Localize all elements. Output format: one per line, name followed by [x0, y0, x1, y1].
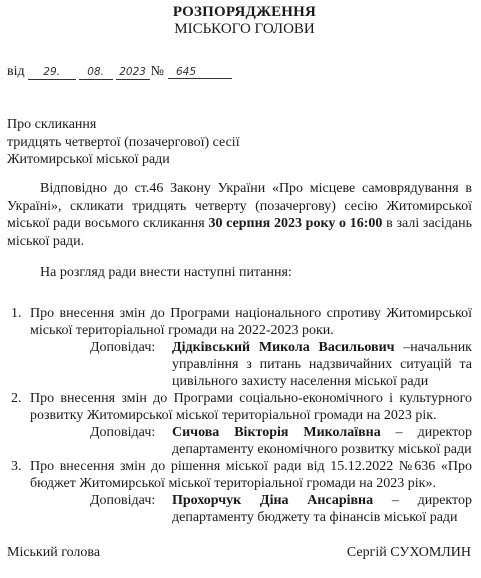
handwritten-year: 2023	[116, 65, 150, 80]
item-number: 2.	[11, 390, 22, 407]
subject-line: Житомирської міської ради	[7, 151, 240, 169]
main-paragraph: Відповідно до ст.46 Закону України «Про …	[7, 180, 472, 250]
subject-block: Про скликання тридцять четвертої (позаче…	[7, 116, 240, 169]
signatory-name: Сергій СУХОМЛИН	[347, 545, 471, 561]
speaker-block: Доповідач: Сичова Вікторія Миколаївна – …	[7, 424, 472, 458]
document-title: РОЗПОРЯДЖЕННЯ	[0, 4, 481, 21]
agenda-item: 2. Про внесення змін до Програми соціаль…	[7, 390, 472, 424]
speaker-name: Прохорчук Діна Ансарівна	[172, 493, 373, 508]
item-number: 3.	[11, 458, 22, 475]
item-text: Про внесення змін до рішення міської рад…	[30, 459, 472, 491]
speaker-block: Доповідач: Прохорчук Діна Ансарівна – ди…	[7, 492, 472, 526]
handwritten-month: 08.	[79, 65, 113, 80]
speaker-block: Доповідач: Дідківський Микола Васильович…	[7, 339, 472, 390]
agenda-intro: На розгляд ради внести наступні питання:	[7, 264, 472, 282]
agenda-item: 3. Про внесення змін до рішення міської …	[7, 458, 472, 492]
from-label: від	[7, 64, 25, 80]
speaker-label: Доповідач:	[90, 339, 155, 356]
handwritten-day: 29.	[28, 65, 76, 80]
agenda-item: 1. Про внесення змін до Програми націона…	[7, 305, 472, 339]
subject-line: Про скликання	[7, 116, 240, 134]
agenda-list: 1. Про внесення змін до Програми націона…	[7, 305, 472, 526]
item-number: 1.	[11, 305, 22, 322]
speaker-label: Доповідач:	[90, 492, 155, 509]
item-text: Про внесення змін до Програми соціально-…	[30, 391, 472, 423]
document-subtitle: МІСЬКОГО ГОЛОВИ	[0, 21, 481, 38]
signatory-position: Міський голова	[7, 545, 100, 561]
number-label: №	[151, 64, 164, 80]
handwritten-number: 645	[168, 65, 232, 79]
date-number-line: від 29. 08. 2023 № 645	[7, 64, 232, 80]
item-text: Про внесення змін до Програми національн…	[30, 306, 472, 338]
speaker-label: Доповідач:	[90, 424, 155, 441]
subject-line: тридцять четвертої (позачергової) сесії	[7, 134, 240, 152]
speaker-name: Сичова Вікторія Миколаївна	[172, 425, 381, 440]
speaker-name: Дідківський Микола Васильович	[172, 340, 395, 355]
session-datetime: 30 серпня 2023 року о 16:00	[208, 216, 382, 231]
